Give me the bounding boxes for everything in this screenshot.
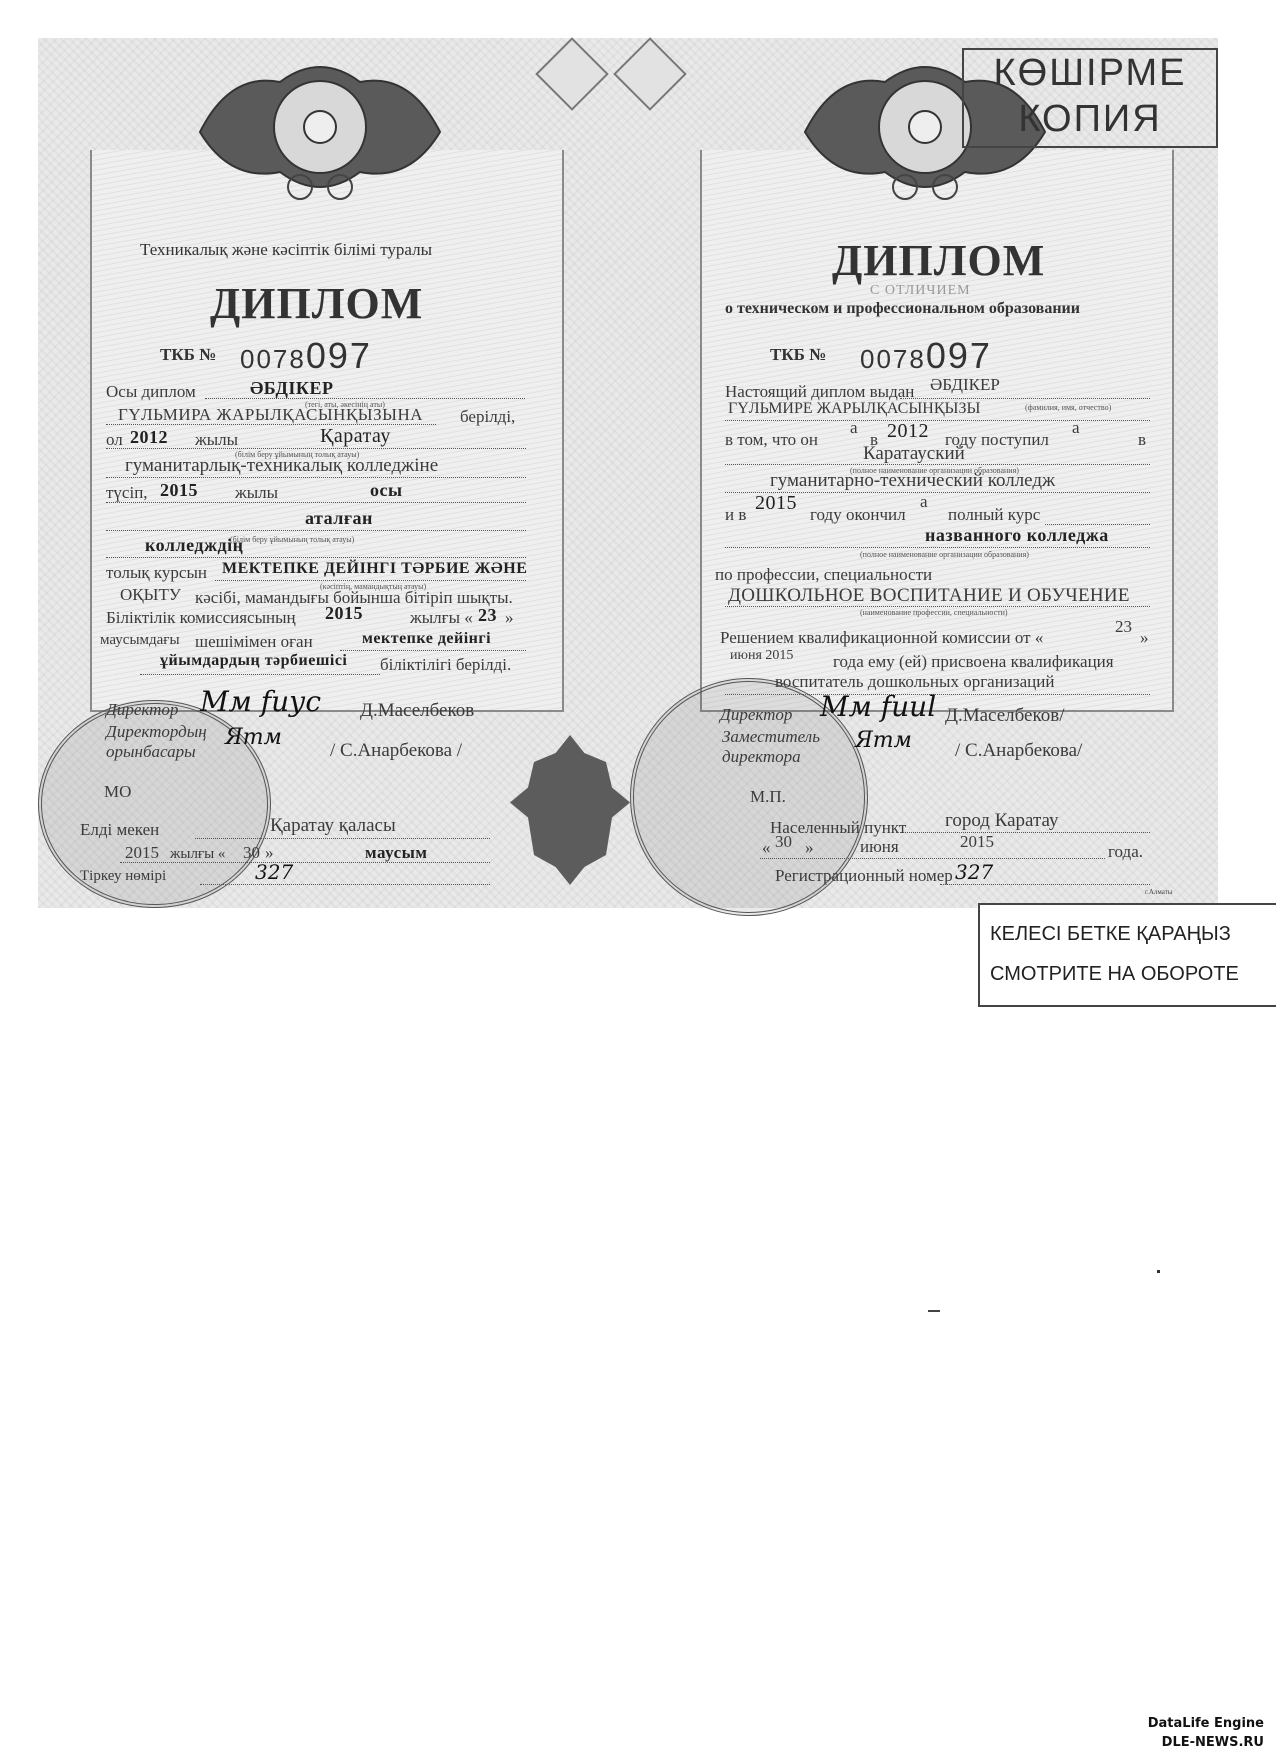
right-org-line1: Каратауский (863, 443, 965, 465)
right-director-name: Д.Маселбеков/ (945, 705, 1064, 727)
right-and-in-label: и в (725, 505, 746, 525)
copy-stamp-line1: КӨШІРМЕ (964, 52, 1216, 95)
left-org-line1: Қаратау (320, 425, 391, 448)
right-date-open: « (762, 838, 771, 858)
right-deputy-signature: Ятм (855, 728, 912, 753)
right-name-hint: (фамилия, имя, отчество) (1025, 403, 1111, 412)
serial-prefix: 0078 (860, 344, 926, 374)
right-grad-year: 2015 (755, 492, 797, 515)
right-serial-label: ТКБ № (770, 345, 826, 365)
right-gender-a3: а (920, 492, 928, 512)
right-org-line2: гуманитарно-технический колледж (770, 470, 1055, 492)
left-qualification-line1: мектепке дейінгі (362, 630, 491, 648)
left-reg-number: 327 (255, 860, 293, 884)
right-seal-label: М.П. (750, 787, 786, 807)
speck (1157, 1270, 1160, 1273)
copy-stamp-line2: КОПИЯ (964, 98, 1216, 141)
left-full-course-label: толық курсын (106, 563, 207, 583)
left-director-name: Д.Маселбеков (360, 700, 474, 722)
right-qualification: воспитатель дошкольных организаций (775, 672, 1054, 692)
turn-page-stamp: КЕЛЕСІ БЕТКЕ ҚАРАҢЫЗ СМОТРИТЕ НА ОБОРОТЕ (978, 903, 1276, 1007)
watermark-line1: DataLife Engine (1148, 1716, 1264, 1731)
left-enroll-year: 2012 (130, 427, 168, 448)
left-grad-year: 2015 (160, 480, 198, 501)
speck (928, 1310, 940, 1312)
left-grad-year-label: жылы (235, 483, 278, 503)
right-profession-hint: (наименование профессии, специальности) (860, 608, 1008, 617)
serial-suffix: 097 (926, 335, 992, 376)
left-specialty-line1: МЕКТЕПКЕ ДЕЙІНГІ ТӘРБИЕ ЖӘНЕ (222, 560, 527, 578)
left-named-line3: колледждің (145, 535, 243, 556)
right-director-label: Директор (720, 705, 792, 725)
right-named-hint: (полное наименование организации образов… (860, 550, 1029, 559)
right-date-month: июня (860, 837, 899, 857)
left-commission-year: 2015 (325, 603, 363, 624)
right-director-signature: Мм fuul (820, 690, 936, 723)
right-date-suffix: года. (1108, 842, 1143, 862)
right-gender-a1: а (850, 418, 858, 438)
right-gender-a2: а (1072, 418, 1080, 438)
right-decision-month-year: июня 2015 (730, 648, 793, 664)
copy-stamp: КӨШІРМЕ КОПИЯ (962, 48, 1218, 148)
right-serial-number: 0078097 (860, 335, 992, 377)
right-in-label2: в (1138, 430, 1146, 450)
left-issued-label: Осы диплом (106, 382, 196, 402)
left-named-hint: (білім беру ұйымының толық атауы) (230, 535, 354, 544)
left-specialty-line2: ОҚЫТУ (120, 585, 181, 605)
right-profession-label: по профессии, специальности (715, 565, 932, 585)
right-surname: ӘБДІКЕР (930, 375, 1000, 395)
printer-mark: г.Алматы (1145, 888, 1172, 896)
right-reg-number: 327 (955, 860, 993, 884)
turn-page-line2: СМОТРИТЕ НА ОБОРОТЕ (990, 963, 1239, 986)
right-finished-label: году окончил (810, 505, 906, 525)
left-date-year-label: жылғы « (170, 846, 225, 863)
left-decision-label: шешімімен оған (195, 632, 313, 652)
left-commission-day-close: » (505, 608, 514, 628)
serial-suffix: 097 (306, 335, 372, 376)
right-date-year: 2015 (960, 832, 994, 852)
right-full-course-label: полный курс (948, 505, 1040, 525)
left-named-line1: осы (370, 480, 403, 501)
right-profession: ДОШКОЛЬНОЕ ВОСПИТАНИЕ И ОБУЧЕНИЕ (728, 585, 1130, 607)
right-date-day: 30 (775, 832, 792, 852)
right-reg-label: Регистрационный номер (775, 866, 953, 886)
right-subtitle: о техническом и профессиональном образов… (725, 300, 1080, 318)
right-deputy-label-2: директора (722, 747, 801, 767)
left-title: ДИПЛОМ (210, 278, 423, 329)
right-date-day-close: » (805, 838, 814, 858)
left-serial-number: 0078097 (240, 335, 372, 377)
right-enroll-year: 2012 (887, 420, 929, 443)
left-deputy-name: / С.Анарбекова / (330, 740, 462, 762)
left-org-line2: гуманитарлық-техникалық колледжіне (125, 455, 438, 477)
left-date-month: маусым (365, 843, 427, 863)
left-date-year: 2015 (125, 843, 159, 863)
left-year-label: жылы (195, 430, 238, 450)
right-place: город Каратау (945, 810, 1059, 832)
left-deputy-label-1: Директордың (106, 722, 207, 742)
right-title: ДИПЛОМ (832, 235, 1045, 286)
right-honors-faint: С ОТЛИЧИЕМ (870, 283, 971, 299)
right-named-college: названного колледжа (925, 525, 1109, 546)
watermark-line2: DLE-NEWS.RU (1162, 1735, 1264, 1750)
right-issued-label: Настоящий диплом выдан (725, 382, 914, 402)
left-director-signature: Мм fuуc (200, 685, 321, 718)
right-decision-day-close: » (1140, 628, 1149, 648)
left-heading: Техникалық және кәсіптік білімі туралы (140, 240, 432, 260)
left-entered-label: түсіп, (106, 483, 148, 503)
left-given-names: ГҮЛЬМИРА ЖАРЫЛҚАСЫНҚЫЗЫНА (118, 405, 423, 425)
right-assigned-label: года ему (ей) присвоена квалификация (833, 652, 1114, 672)
left-deputy-signature: Ятм (225, 725, 282, 750)
right-deputy-name: / С.Анарбекова/ (955, 740, 1082, 762)
serial-prefix: 0078 (240, 344, 306, 374)
left-serial-label: ТКБ № (160, 345, 216, 365)
right-that-label: в том, что он (725, 430, 818, 450)
left-he-label: ол (106, 430, 123, 450)
left-named-line2: аталған (305, 508, 373, 529)
right-deputy-label-1: Заместитель (722, 727, 820, 747)
left-commission-label: Біліктілік комиссиясының (106, 608, 296, 628)
left-director-label: Директор (106, 700, 178, 720)
right-decision-day: 23 (1115, 617, 1132, 637)
left-deputy-label-2: орынбасары (106, 742, 196, 762)
left-seal-label: МО (104, 782, 131, 802)
right-given-names: ГҮЛЬМИРЕ ЖАРЫЛҚАСЫНҚЫЗЫ (728, 400, 980, 418)
turn-page-line1: КЕЛЕСІ БЕТКЕ ҚАРАҢЫЗ (990, 923, 1231, 946)
left-reg-label: Тіркеу нөмірі (80, 868, 166, 885)
left-commission-month: маусымдағы (100, 632, 180, 649)
left-commission-day: 23 (478, 605, 497, 626)
left-commission-day-label: жылғы « (410, 608, 473, 628)
left-issued-suffix: берілді, (460, 407, 515, 427)
state-emblem-icon (170, 52, 470, 202)
left-qualification-line2: ұйымдардың тәрбиешісі (160, 652, 347, 670)
right-decision-label: Решением квалификационной комиссии от « (720, 628, 1043, 648)
left-surname: ӘБДІКЕР (250, 378, 333, 399)
left-place-label: Елді мекен (80, 820, 159, 840)
left-place: Қаратау қаласы (270, 815, 396, 837)
left-qualification-suffix: біліктілігі берілді. (380, 655, 511, 675)
